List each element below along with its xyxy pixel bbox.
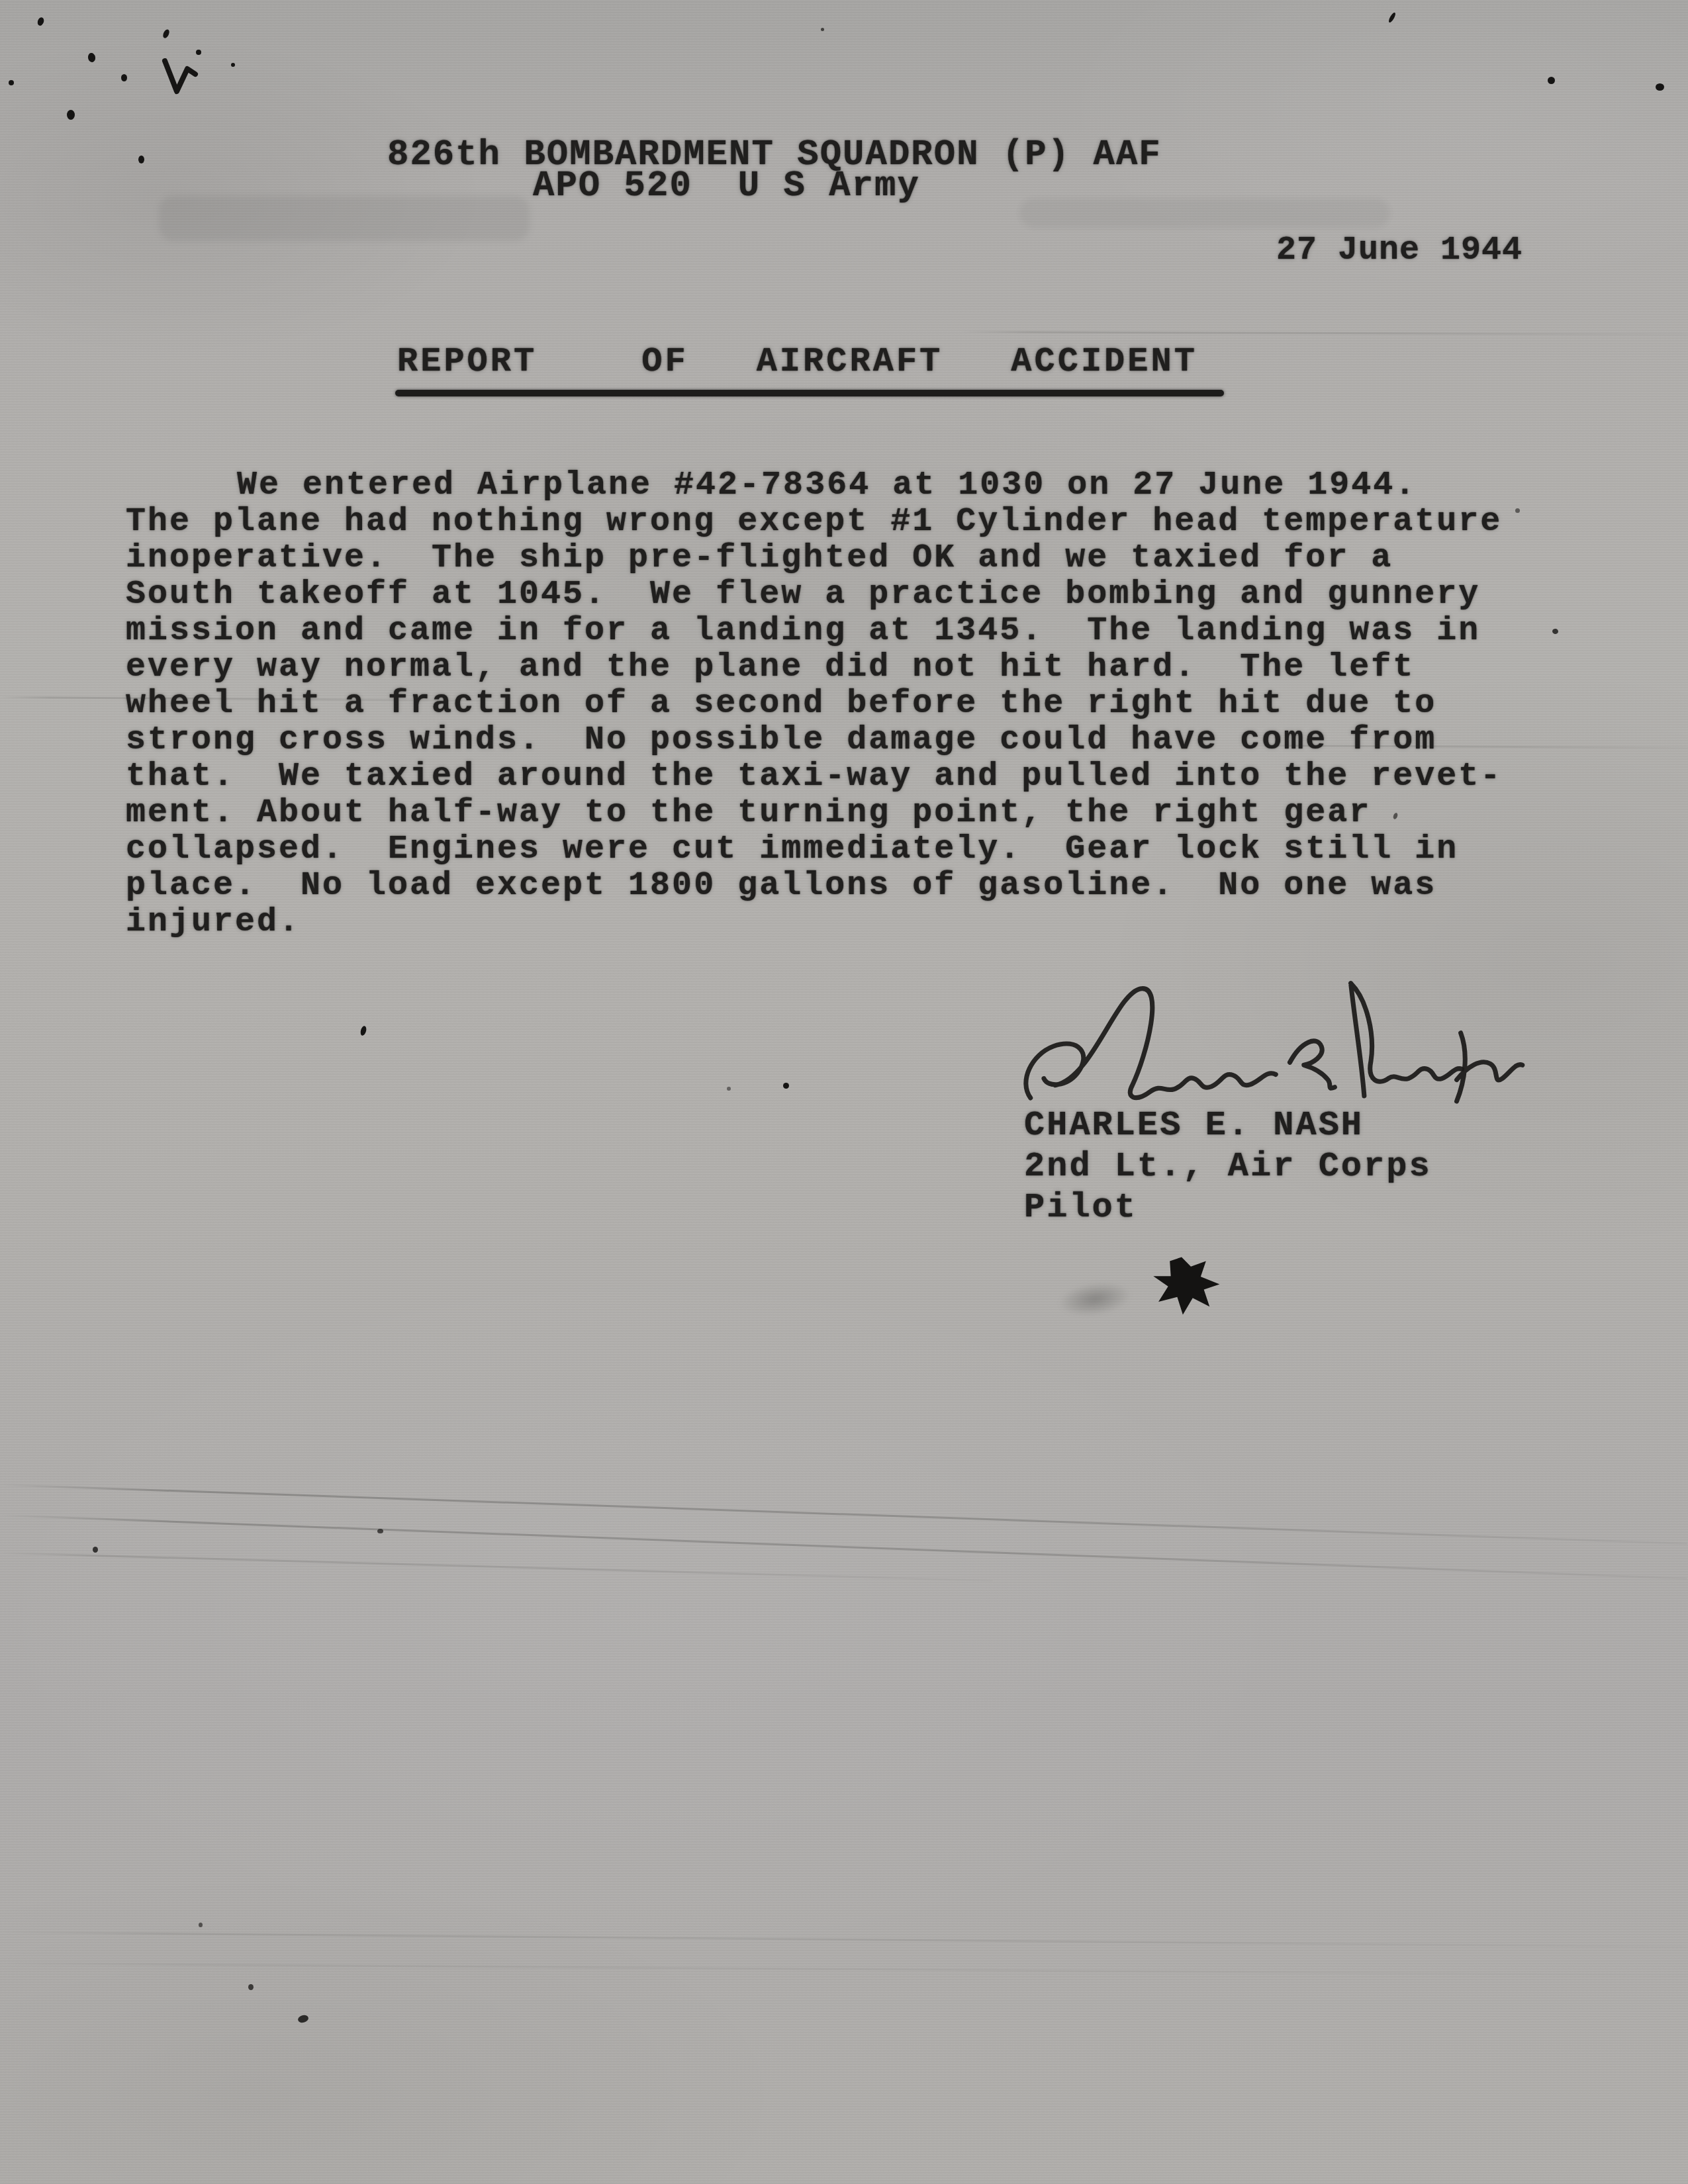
ink-speck [727, 1087, 731, 1091]
title-word: ACCIDENT [1011, 342, 1197, 381]
ink-speck [1656, 83, 1664, 91]
ink-speck [1548, 77, 1555, 84]
ink-speck [783, 1083, 789, 1089]
ink-speck [297, 2014, 309, 2024]
title-word: REPORT [397, 342, 537, 381]
signer-name: CHARLES E. NASH [1024, 1106, 1364, 1145]
body-line: collapsed. Engines were cut immediately.… [126, 831, 1502, 868]
ink-speck [377, 1529, 383, 1533]
body-line: every way normal, and the plane did not … [126, 649, 1502, 686]
ink-speck [1387, 12, 1397, 24]
body-line: place. No load except 1800 gallons of ga… [126, 868, 1502, 904]
body-line: South takeoff at 1045. We flew a practic… [126, 576, 1502, 613]
paper-crease [0, 1962, 1688, 1976]
body-line: that. We taxied around the taxi-way and … [126, 758, 1502, 795]
body-line: mission and came in for a landing at 134… [126, 613, 1502, 649]
ink-smudge [1056, 1277, 1134, 1320]
title-word: AIRCRAFT [757, 342, 943, 381]
signer-role: Pilot [1024, 1188, 1137, 1227]
paper-crease [0, 1552, 992, 1582]
paper-crease [0, 1931, 1688, 1948]
ink-speck [199, 1923, 203, 1927]
report-title: REPORTOFAIRCRAFTACCIDENT [397, 342, 1224, 381]
ink-speck [821, 28, 824, 31]
ink-speck [67, 110, 75, 120]
ink-speck [138, 156, 144, 163]
ink-blot [1150, 1255, 1224, 1317]
ink-speck [231, 63, 235, 67]
ink-speck [359, 1025, 367, 1036]
paper-crease [0, 1484, 1687, 1545]
ink-speck [36, 17, 45, 26]
ink-speck [9, 80, 14, 85]
scanned-document-page: 826th BOMBARDMENT SQUADRON (P) AAF APO 5… [0, 0, 1688, 2184]
ink-speck [87, 52, 96, 63]
signer-rank: 2nd Lt., Air Corps [1024, 1147, 1432, 1186]
title-word: OF [641, 342, 688, 381]
ink-speck [196, 50, 201, 55]
ghost-smear [159, 196, 530, 241]
body-line: injured. [126, 904, 1502, 940]
body-line: inoperative. The ship pre-flighted OK an… [126, 540, 1502, 576]
ghost-smear [1019, 199, 1390, 228]
ink-speck [248, 1984, 254, 1990]
ink-speck [1552, 628, 1558, 634]
body-line: ment. About half-way to the turning poin… [126, 795, 1502, 831]
ink-speck [1515, 508, 1520, 513]
ink-speck [93, 1547, 98, 1553]
body-line: We entered Airplane #42-78364 at 1030 on… [126, 467, 1502, 504]
paper-crease [960, 331, 1688, 336]
body-line: strong cross winds. No possible damage c… [126, 722, 1502, 758]
ink-speck [121, 74, 127, 81]
body-line: wheel hit a fraction of a second before … [126, 686, 1502, 722]
check-mark-speck [161, 58, 199, 98]
title-underline [395, 390, 1224, 396]
paper-crease [0, 1514, 1687, 1580]
unit-address: APO 520 U S Army [533, 166, 920, 206]
report-date: 27 June 1944 [1276, 232, 1523, 269]
ink-speck [162, 28, 170, 39]
report-body: We entered Airplane #42-78364 at 1030 on… [126, 467, 1502, 940]
body-line: The plane had nothing wrong except #1 Cy… [126, 504, 1502, 540]
